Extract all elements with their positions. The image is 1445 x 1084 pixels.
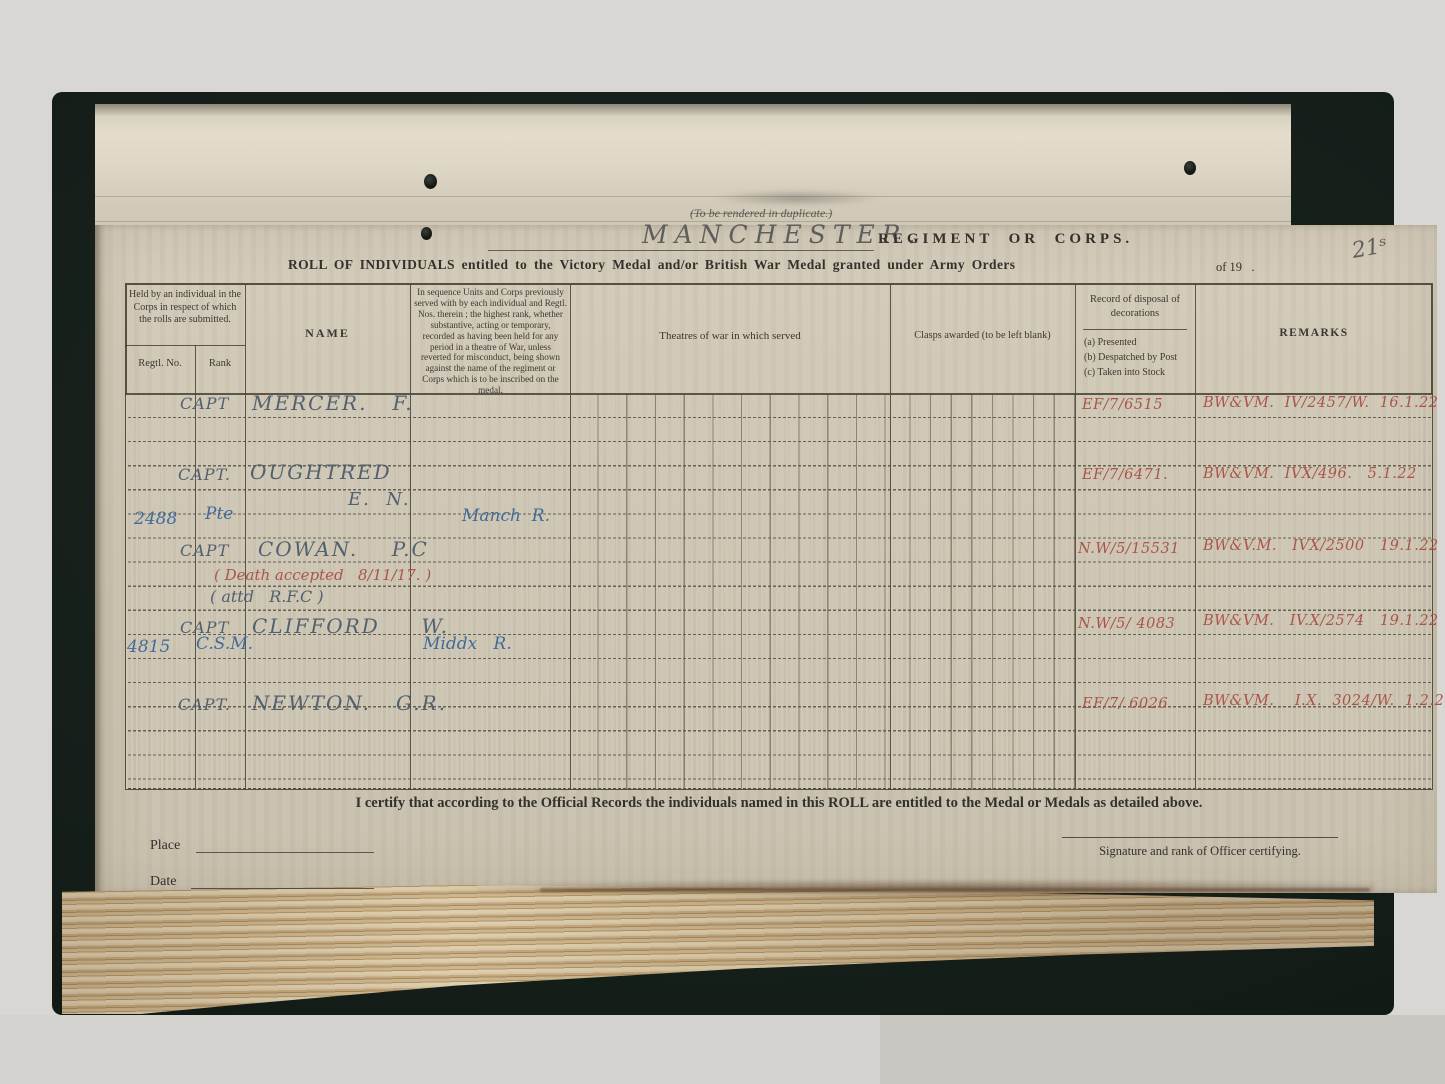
clasps-subcolumn-lines	[890, 394, 1075, 790]
signature-line	[1062, 837, 1338, 838]
regiment-underline	[488, 250, 874, 251]
entry-name: MERCER. F.	[252, 391, 414, 415]
signature-caption: Signature and rank of Officer certifying…	[1062, 844, 1338, 859]
entry-rank: CAPT.	[178, 465, 231, 484]
header-held-by: Held by an individual in the Corps in re…	[129, 289, 241, 327]
entry-prev-unit: Middx R.	[423, 634, 512, 654]
entry-remarks: BW&VM. IV/2457/W. 16.1.22	[1203, 395, 1439, 411]
duplicate-note: (To be rendered in duplicate.)	[690, 206, 832, 221]
entry-rank: CAPT.	[178, 695, 231, 714]
entry-initials: E. N.	[348, 489, 411, 510]
header-disposal-item-c: (c) Taken into Stock	[1084, 367, 1165, 378]
entry-prev-regtl-no: 2488	[134, 509, 177, 529]
disposal-divider	[1083, 329, 1187, 330]
theatres-subcolumn-lines	[570, 394, 890, 790]
column-line-clasps-disposal	[1075, 284, 1076, 790]
roll-title: ROLL OF INDIVIDUALS entitled to the Vict…	[288, 257, 1015, 273]
certify-statement: I certify that according to the Official…	[125, 795, 1433, 812]
regiment-or-corps-label: REGIMENT OR CORPS.	[878, 231, 1133, 248]
header-remarks: REMARKS	[1197, 327, 1431, 340]
entry-rank: CAPT	[180, 394, 229, 413]
entry-remarks: BW&VM. IVX/496. 5.1.22	[1203, 466, 1417, 482]
entry-attached-note: ( attd R.F.C )	[210, 587, 324, 606]
column-line-disposal-remarks	[1195, 284, 1196, 790]
page-edge-shadow	[540, 888, 1370, 892]
place-label: Place	[150, 838, 180, 854]
entry-death-note: ( Death accepted 8/11/17. )	[214, 566, 431, 584]
entry-disposal: EF/7/6515	[1082, 397, 1163, 413]
entry-disposal: EF/7/ 6026	[1082, 696, 1168, 712]
entry-prev-unit: Manch R.	[462, 506, 550, 526]
hole-punch	[421, 227, 432, 240]
hole-punch	[1184, 161, 1196, 175]
entry-remarks: BW&VM. I.X. 3024/W. 1.2.2	[1203, 693, 1444, 709]
entry-name: COWAN. P.C	[258, 537, 429, 561]
entry-rank: CAPT	[180, 541, 229, 560]
entry-name: NEWTON. G.R.	[252, 691, 447, 715]
photo-background	[880, 1015, 1445, 1084]
header-disposal-item-a: (a) Presented	[1084, 337, 1136, 348]
pencil-smudge	[712, 190, 882, 206]
header-theatres: Theatres of war in which served	[572, 330, 888, 343]
date-label: Date	[150, 874, 176, 890]
entry-remarks: BW&V.M. IVX/2500 19.1.22	[1203, 538, 1439, 554]
header-disposal-item-b: (b) Despatched by Post	[1084, 352, 1177, 363]
entry-disposal: N.W/5/15531	[1078, 541, 1180, 557]
header-disposal-title: Record of disposal of decorations	[1079, 293, 1191, 321]
place-fill-line	[196, 852, 374, 853]
header-name: NAME	[247, 327, 408, 340]
entry-prev-rank: Pte	[205, 504, 233, 524]
entry-name: CLIFFORD W.	[252, 614, 449, 638]
date-fill-line	[191, 888, 374, 889]
column-line-rank-name	[245, 284, 246, 790]
header-clasps: Clasps awarded (to be left blank)	[892, 330, 1073, 343]
hole-punch	[424, 174, 437, 189]
column-line-theatres-clasps	[890, 284, 891, 790]
photo-of-medal-roll-ledger: (To be rendered in duplicate.) MANCHESTE…	[0, 0, 1445, 1084]
entry-disposal: EF/7/6471.	[1082, 467, 1168, 483]
entry-name: OUGHTRED	[250, 460, 392, 484]
entry-disposal: N.W/5/ 4083	[1078, 616, 1175, 632]
header-rank: Rank	[197, 358, 243, 371]
entry-prev-rank: C.S.M.	[196, 634, 253, 654]
header-units-note: In sequence Units and Corps previously s…	[414, 287, 567, 396]
of-year-label: of 19 .	[1216, 260, 1255, 275]
entry-remarks: BW&VM. IV.X/2574 19.1.22	[1203, 613, 1439, 629]
header-regtl-no: Regtl. No.	[127, 358, 193, 371]
photo-background	[0, 1015, 880, 1084]
held-by-divider	[125, 345, 245, 346]
sheet-edge-line	[95, 196, 1291, 197]
column-line-units-theatres	[570, 284, 571, 790]
entry-prev-regtl-no: 4815	[127, 637, 170, 657]
